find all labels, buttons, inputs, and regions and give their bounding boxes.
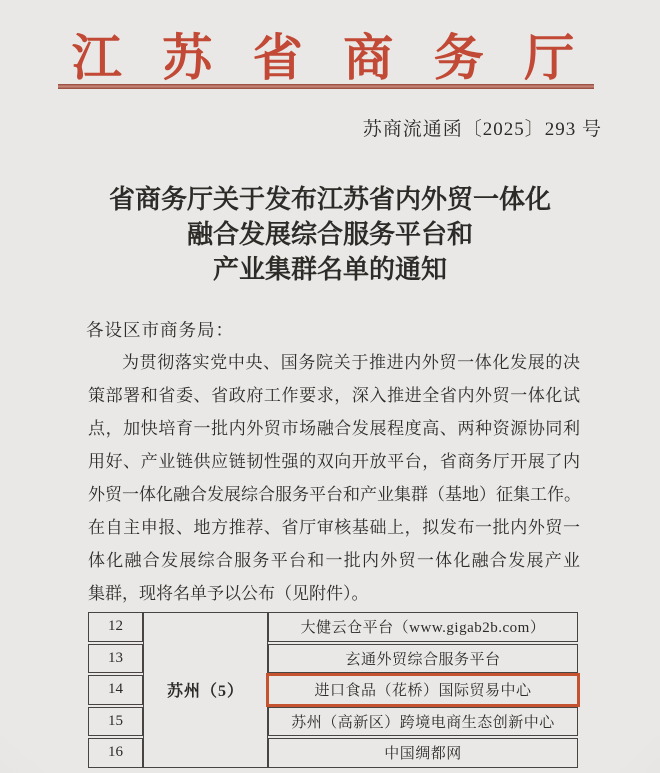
row-number: 12	[88, 612, 143, 642]
platform-table: 苏州（5） 12大健云仓平台（www.gigab2b.com）13玄通外贸综合服…	[88, 612, 578, 768]
letterhead-rule	[58, 84, 594, 89]
row-number: 14	[88, 675, 143, 705]
platform-name: 玄通外贸综合服务平台	[268, 644, 578, 674]
body-line: 点，加快培育一批内外贸市场融合发展程度高、两种资源协同利	[88, 412, 580, 445]
body-line: 为贯彻落实党中央、国务院关于推进内外贸一体化发展的决	[88, 346, 580, 379]
body-line: 外贸一体化融合发展综合服务平台和产业集群（基地）征集工作。	[88, 478, 580, 511]
notice-title-line-1: 省商务厅关于发布江苏省内外贸一体化	[0, 182, 660, 217]
row-number: 15	[88, 707, 143, 737]
body-line: 在自主申报、地方推荐、省厅审核基础上，拟发布一批内外贸一	[88, 511, 580, 544]
notice-title-line-2: 融合发展综合服务平台和	[0, 217, 660, 252]
platform-name: 苏州（高新区）跨境电商生态创新中心	[268, 707, 578, 737]
notice-body: 为贯彻落实党中央、国务院关于推进内外贸一体化发展的决 策部署和省委、省政府工作要…	[88, 346, 580, 610]
city-cell: 苏州（5）	[143, 612, 268, 768]
platform-name: 大健云仓平台（www.gigab2b.com）	[268, 612, 578, 642]
agency-name: 江 苏 省 商 务 厅	[0, 18, 660, 90]
body-line: 用好、产业链供应链韧性强的双向开放平台，省商务厅开展了内	[88, 445, 580, 478]
row-number: 16	[88, 738, 143, 768]
salutation: 各设区市商务局：	[86, 317, 234, 342]
body-line: 集群，现将名单予以公布（见附件）。	[88, 577, 580, 610]
notice-title-line-3: 产业集群名单的通知	[0, 252, 660, 287]
body-line: 策部署和省委、省政府工作要求，深入推进全省内外贸一体化试	[88, 379, 580, 412]
row-number: 13	[88, 644, 143, 674]
document-page: 江 苏 省 商 务 厅 苏商流通函〔2025〕293 号 省商务厅关于发布江苏省…	[0, 0, 660, 773]
platform-name-highlighted: 进口食品（花桥）国际贸易中心	[268, 675, 578, 705]
body-line: 体化融合发展综合服务平台和一批内外贸一体化融合发展产业	[88, 544, 580, 577]
notice-title: 省商务厅关于发布江苏省内外贸一体化 融合发展综合服务平台和 产业集群名单的通知	[0, 182, 660, 287]
document-number: 苏商流通函〔2025〕293 号	[363, 114, 602, 141]
platform-name: 中国绸都网	[268, 738, 578, 768]
